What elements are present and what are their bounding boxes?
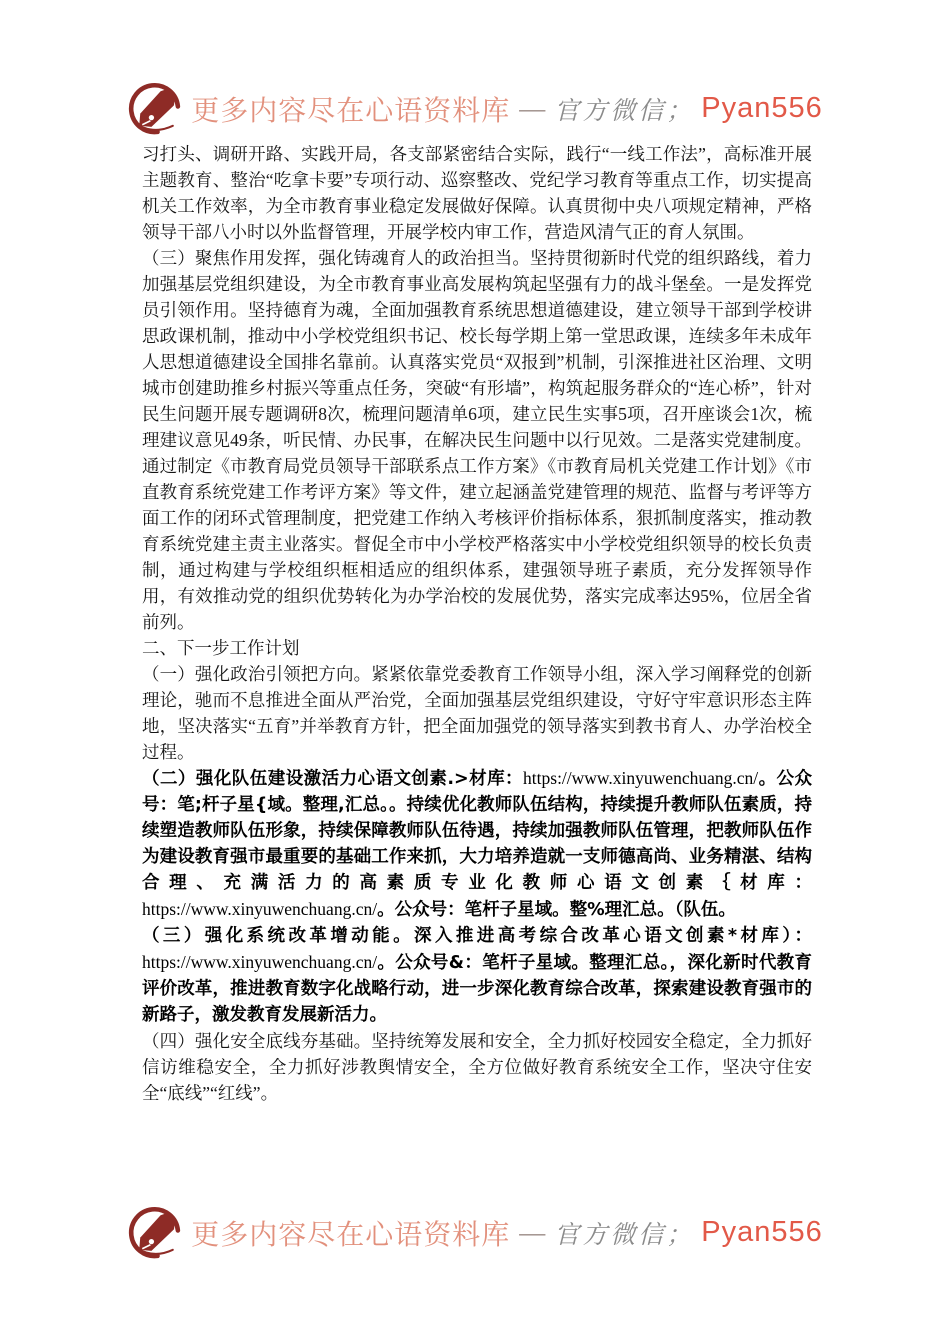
watermark-wechat-id: Pyan556 xyxy=(701,1216,823,1249)
paragraph: （四）强化安全底线夯基础。坚持统筹发展和安全，全力抓好校园安全稳定，全力抓好信访… xyxy=(142,1028,812,1106)
header-watermark: 更多内容尽在心语资料库—官方微信； Pyan556 xyxy=(0,80,950,137)
text-run: 习打头、调研开路、实践开局，各支部紧密结合实际，践行“一线工作法”，高标准开展主… xyxy=(142,144,812,242)
watermark-separator: — xyxy=(519,94,545,124)
footer-watermark: 更多内容尽在心语资料库—官方微信； Pyan556 xyxy=(0,1204,950,1261)
watermark-wechat-id: Pyan556 xyxy=(701,92,823,125)
paragraph: （三）强化系统改革增动能。深入推进高考综合改革心语文创素*材库）：https:/… xyxy=(142,923,812,1028)
watermark-separator: — xyxy=(519,1218,545,1248)
watermark-label: 官方微信； xyxy=(554,91,694,127)
watermark-brand-text: 更多内容尽在心语资料库 xyxy=(191,89,510,129)
url-text: https://www.xinyuwenchuang.cn/ xyxy=(142,899,377,919)
text-run: （三）聚焦作用发挥，强化铸魂育人的政治担当。坚持贯彻新时代党的组织路线，着力加强… xyxy=(142,248,812,632)
paragraph: 习打头、调研开路、实践开局，各支部紧密结合实际，践行“一线工作法”，高标准开展主… xyxy=(142,141,812,245)
document-page: 更多内容尽在心语资料库—官方微信； Pyan556 习打头、调研开路、实践开局，… xyxy=(0,0,950,1344)
paragraph: （三）聚焦作用发挥，强化铸魂育人的政治担当。坚持贯彻新时代党的组织路线，着力加强… xyxy=(142,245,812,635)
text-run: （一）强化政治引领把方向。紧紧依靠党委教育工作领导小组，深入学习阐释党的创新理论… xyxy=(142,664,812,762)
document-body: 习打头、调研开路、实践开局，各支部紧密结合实际，践行“一线工作法”，高标准开展主… xyxy=(142,141,812,1106)
text-run: （二）强化队伍建设激活力心语文创素.>材库： xyxy=(142,769,523,789)
text-run: 。公众号：笔杆子星域。整%理汇总。（队伍。 xyxy=(377,900,736,920)
text-run: 二、下一步工作计划 xyxy=(142,638,300,658)
text-run: （三）强化系统改革增动能。深入推进高考综合改革心语文创素*材库）： xyxy=(142,926,812,946)
url-text: https://www.xinyuwenchuang.cn/ xyxy=(142,952,377,972)
url-text: https://www.xinyuwenchuang.cn/ xyxy=(523,768,758,788)
pen-nib-logo-icon xyxy=(127,1204,184,1261)
pen-nib-logo-icon xyxy=(127,80,184,137)
paragraph: （一）强化政治引领把方向。紧紧依靠党委教育工作领导小组，深入学习阐释党的创新理论… xyxy=(142,661,812,765)
watermark-label: 官方微信； xyxy=(554,1215,694,1251)
text-run: （四）强化安全底线夯基础。坚持统筹发展和安全，全力抓好校园安全稳定，全力抓好信访… xyxy=(142,1031,812,1103)
paragraph: 二、下一步工作计划 xyxy=(142,635,812,661)
paragraph: （二）强化队伍建设激活力心语文创素.>材库：https://www.xinyuw… xyxy=(142,765,812,923)
watermark-brand-text: 更多内容尽在心语资料库 xyxy=(191,1213,510,1253)
